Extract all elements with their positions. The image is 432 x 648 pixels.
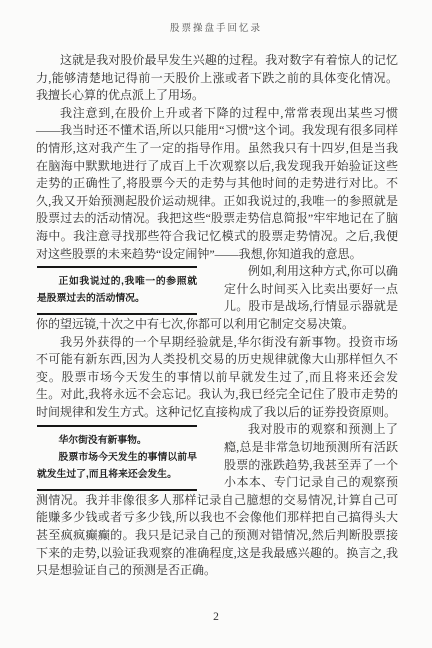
paragraph-2: 我注意到,在股价上升或者下降的过程中,常常表现出某些习惯——我当时还不懂术语,所… (36, 105, 398, 263)
page-number: 2 (0, 611, 432, 623)
pull-quote-1-text: 正如我说过的,我唯一的参照就是股票过去的活动情况。 (37, 273, 197, 307)
running-head-title: 股票操盘手回忆录 (0, 20, 432, 34)
pull-quote-2-text-line-1: 华尔街没有新事物。 (37, 432, 197, 449)
page-content: 这就是我对股价最早发生兴趣的过程。我对数字有着惊人的记忆力,能够清楚地记得前一天… (36, 52, 398, 580)
pull-quote-2: 华尔街没有新事物。 股票市场今天发生的事情以前早就发生过了,而且将来还会发生。 (37, 425, 197, 491)
pull-quote-2-text-line-2: 股票市场今天发生的事情以前早就发生过了,而且将来还会发生。 (37, 449, 197, 483)
paragraph-1: 这就是我对股价最早发生兴趣的过程。我对数字有着惊人的记忆力,能够清楚地记得前一天… (36, 52, 398, 105)
book-page: 股票操盘手回忆录 这就是我对股价最早发生兴趣的过程。我对数字有着惊人的记忆力,能… (0, 0, 432, 648)
paragraph-4: 我另外获得的一个早期经验就是,华尔街没有新事物。投资市场不可能有新东西,因为人类… (36, 334, 398, 422)
pull-quote-1: 正如我说过的,我唯一的参照就是股票过去的活动情况。 (37, 266, 197, 315)
